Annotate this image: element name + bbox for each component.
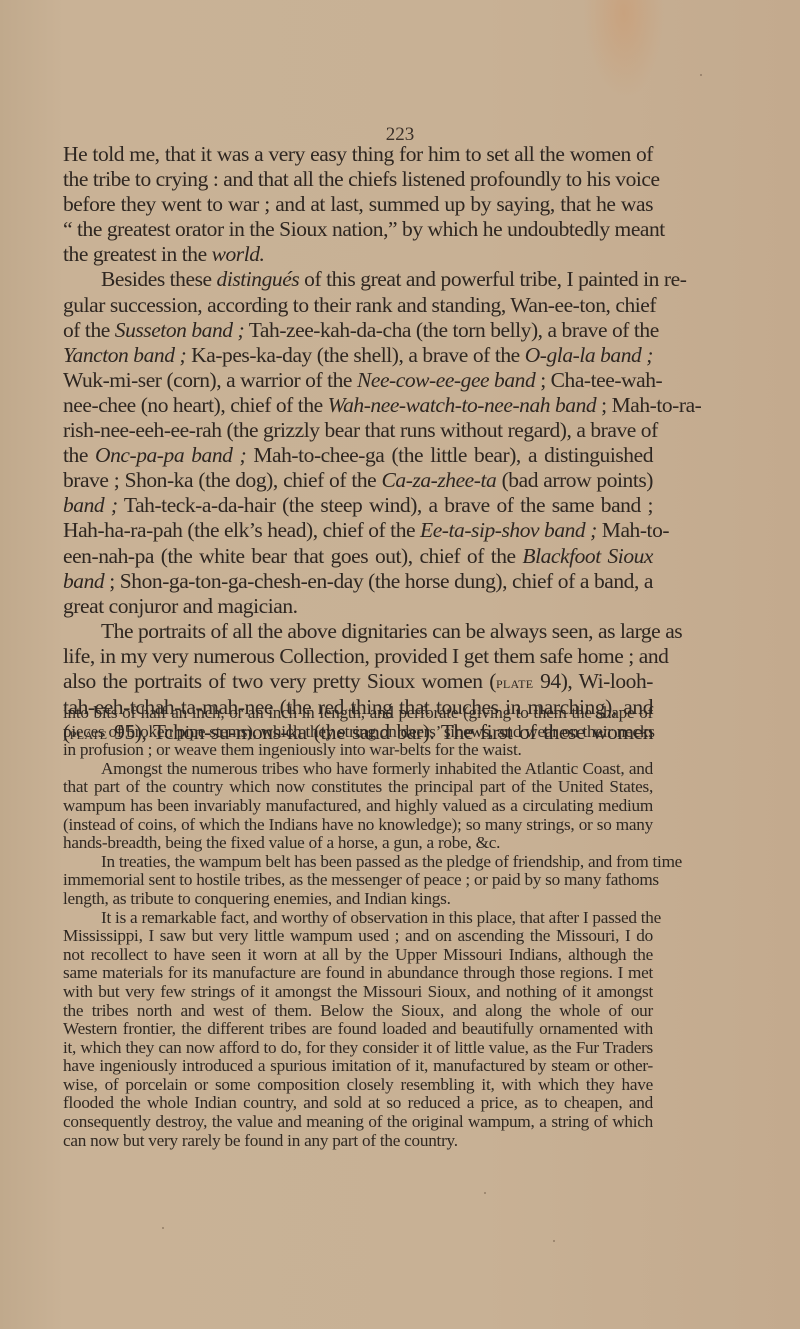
paper-speck [484,1192,486,1194]
text-run: He told me, that it was a very easy thin… [63,142,653,166]
text-line: the Onc-pa-pa band ; Mah-to-chee-ga (the… [63,443,653,468]
text-line: the greatest in the world. [63,242,653,267]
text-line: hands-breadth, being the fixed value of … [63,834,653,853]
text-line: nee-chee (no heart), chief of the Wah-ne… [63,393,653,418]
text-line: consequently destroy, the value and mean… [63,1113,653,1132]
text-run: Tah-teck-a-da-hair (the steep wind), a b… [118,493,653,517]
text-line: brave ; Shon-ka (the dog), chief of the … [63,468,653,493]
text-run: Mississippi, I saw but very little wampu… [63,926,653,945]
text-line: it, which they can now afford to do, for… [63,1039,653,1058]
text-run: immemorial sent to hostile tribes, as th… [63,870,659,889]
text-line: (instead of coins, of which the Indians … [63,816,653,835]
text-line: Wuk-mi-ser (corn), a warrior of the Nee-… [63,368,653,393]
text-run: hands-breadth, being the fixed value of … [63,833,500,852]
text-line: can now but very rarely be found in any … [63,1132,653,1151]
italic-text: Ca-za-zhee-ta [382,468,497,492]
text-run: een-nah-pa (the white bear that goes out… [63,544,522,568]
italic-text: Onc-pa-pa band ; [95,443,246,467]
text-line: Western frontier, the different tribes a… [63,1020,653,1039]
paper-speck [162,1227,164,1229]
text-line: Hah-ha-ra-pah (the elk’s head), chief of… [63,518,653,543]
italic-text: Yancton band ; [63,343,186,367]
paper-speck [553,1240,555,1242]
text-line: pieces of broken pipe stems), which they… [63,723,653,742]
text-run: (bad arrow points) [496,468,653,492]
text-run: can now but very rarely be found in any … [63,1131,458,1150]
text-line: “ the greatest orator in the Sioux natio… [63,217,653,242]
small-caps-text: plate [496,672,534,692]
text-line: band ; Tah-teck-a-da-hair (the steep win… [63,493,653,518]
text-line: great conjuror and magician. [63,594,653,619]
text-run: length, as tribute to conquering enemies… [63,889,451,908]
paper-speck [700,74,702,76]
text-run: brave ; Shon-ka (the dog), chief of the [63,468,382,492]
text-line: The portraits of all the above dignitari… [63,619,653,644]
text-line: the tribe to crying : and that all the c… [63,167,653,192]
text-run: nee-chee (no heart), chief of the [63,393,328,417]
text-run: ; Shon-ga-ton-ga-chesh-en-day (the horse… [104,569,653,593]
book-page: 223 He told me, that it was a very easy … [0,0,800,1329]
text-run: It is a remarkable fact, and worthy of o… [101,908,661,927]
text-run: rish-nee-eeh-ee-rah (the grizzly bear th… [63,418,658,442]
text-line: in profusion ; or weave them ingeniously… [63,741,653,760]
text-run: wampum has been invariably manufactured,… [63,796,653,815]
text-run: wise, of porcelain or some composition c… [63,1075,653,1094]
text-line: He told me, that it was a very easy thin… [63,142,653,167]
text-line: Amongst the numerous tribes who have for… [63,760,653,779]
text-run: 94), Wi-looh- [533,669,653,693]
text-run: Western frontier, the different tribes a… [63,1019,653,1038]
text-run: the [63,443,95,467]
text-line: the tribes north and west of them. Below… [63,1002,653,1021]
upper-text-block: He told me, that it was a very easy thin… [63,142,653,746]
text-run: Wuk-mi-ser (corn), a warrior of the [63,368,357,392]
text-run: “ the greatest orator in the Sioux natio… [63,217,665,241]
italic-text: distingués [217,267,300,291]
italic-text: Ee-ta-sip-shov band ; [420,518,597,542]
text-line: gular succession, according to their ran… [63,293,653,318]
text-line: same materials for its manufacture are f… [63,964,653,983]
italic-text: band ; [63,493,118,517]
italic-text: Wah-nee-watch-to-nee-nah band [328,393,597,417]
italic-text: world. [212,242,265,266]
text-run: with but very few strings of it amongst … [63,982,653,1001]
text-run: great conjuror and magician. [63,594,298,618]
text-line: Mississippi, I saw but very little wampu… [63,927,653,946]
text-line: In treaties, the wampum belt has been pa… [63,853,653,872]
text-run: Amongst the numerous tribes who have for… [101,759,653,778]
text-line: have ingeniously introduced a spurious i… [63,1057,653,1076]
text-line: rish-nee-eeh-ee-rah (the grizzly bear th… [63,418,653,443]
text-line: immemorial sent to hostile tribes, as th… [63,871,653,890]
lower-text-block: into bits of half an inch, or an inch in… [63,704,653,1150]
text-run: The portraits of all the above dignitari… [101,619,682,643]
text-line: that part of the country which now const… [63,778,653,797]
text-run: same materials for its manufacture are f… [63,963,653,982]
text-run: life, in my very numerous Collection, pr… [63,644,668,668]
text-run: the greatest in the [63,242,212,266]
text-run: Mah-to- [597,518,669,542]
text-run: also the portraits of two very pretty Si… [63,669,496,693]
text-run: Hah-ha-ra-pah (the elk’s head), chief of… [63,518,420,542]
text-run: Besides these [101,267,217,291]
text-line: een-nah-pa (the white bear that goes out… [63,544,653,569]
text-run: Mah-to-chee-ga (the little bear), a dist… [246,443,653,467]
text-line: length, as tribute to conquering enemies… [63,890,653,909]
text-line: It is a remarkable fact, and worthy of o… [63,909,653,928]
italic-text: band [63,569,104,593]
text-run: flooded the whole Indian country, and so… [63,1093,653,1112]
text-run: Tah-zee-kah-da-cha (the torn belly), a b… [244,318,659,342]
text-run: the tribes north and west of them. Below… [63,1001,653,1020]
text-run: that part of the country which now const… [63,777,653,796]
text-run: into bits of half an inch, or an inch in… [63,703,653,722]
text-line: Yancton band ; Ka-pes-ka-day (the shell)… [63,343,653,368]
text-run: In treaties, the wampum belt has been pa… [101,852,682,871]
italic-text: Blackfoot Sioux [522,544,653,568]
text-line: not recollect to have seen it worn at al… [63,946,653,965]
text-line: before they went to war ; and at last, s… [63,192,653,217]
text-run: not recollect to have seen it worn at al… [63,945,653,964]
text-run: gular succession, according to their ran… [63,293,656,317]
italic-text: Susseton band ; [115,318,244,342]
text-run: (instead of coins, of which the Indians … [63,815,653,834]
text-line: wampum has been invariably manufactured,… [63,797,653,816]
text-run: have ingeniously introduced a spurious i… [63,1056,653,1075]
text-line: flooded the whole Indian country, and so… [63,1094,653,1113]
text-run: of the [63,318,115,342]
text-line: with but very few strings of it amongst … [63,983,653,1002]
text-run: before they went to war ; and at last, s… [63,192,653,216]
text-run: Ka-pes-ka-day (the shell), a brave of th… [186,343,525,367]
text-line: into bits of half an inch, or an inch in… [63,704,653,723]
text-line: of the Susseton band ; Tah-zee-kah-da-ch… [63,318,653,343]
text-run: it, which they can now afford to do, for… [63,1038,653,1057]
text-run: ; Cha-tee-wah- [535,368,662,392]
text-line: life, in my very numerous Collection, pr… [63,644,653,669]
text-run: consequently destroy, the value and mean… [63,1112,653,1131]
text-run: in profusion ; or weave them ingeniously… [63,740,522,759]
text-run: the tribe to crying : and that all the c… [63,167,660,191]
text-line: wise, of porcelain or some composition c… [63,1076,653,1095]
text-run: pieces of broken pipe stems), which they… [63,722,655,741]
text-line: band ; Shon-ga-ton-ga-chesh-en-day (the … [63,569,653,594]
text-line: also the portraits of two very pretty Si… [63,669,653,695]
text-run: ; Mah-to-ra- [596,393,701,417]
italic-text: Nee-cow-ee-gee band [357,368,535,392]
text-run: of this great and powerful tribe, I pain… [299,267,686,291]
text-line: Besides these distingués of this great a… [63,267,653,292]
italic-text: O-gla-la band ; [525,343,653,367]
